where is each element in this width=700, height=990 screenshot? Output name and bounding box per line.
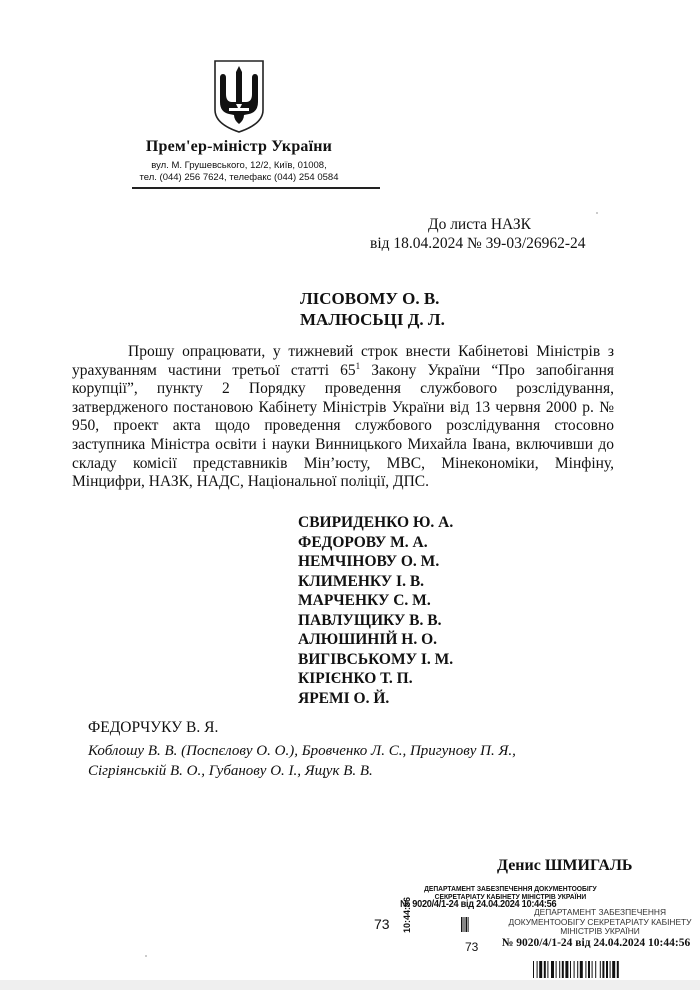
body-paragraph: Прошу опрацювати, у тижневий строк внест…	[72, 343, 614, 492]
recipient: СВИРИДЕНКО Ю. А.	[298, 513, 453, 533]
recipient: ФЕДОРОВУ М. А.	[298, 533, 453, 553]
vertical-timestamp: 10:44:56	[402, 897, 412, 933]
recipient: МАРЧЕНКУ С. М.	[298, 591, 453, 611]
stamp-line: МІНІСТРІВ УКРАЇНИ	[500, 927, 700, 937]
addressees: ЛІСОВОМУ О. В. МАЛЮСЬЦІ Д. Л.	[300, 288, 445, 330]
organization-name: Прем'ер-міністр України	[0, 138, 478, 156]
organization-address: вул. М. Грушевського, 12/2, Київ, 01008,…	[0, 160, 478, 184]
address-line: вул. М. Грушевського, 12/2, Київ, 01008,	[0, 160, 478, 172]
recipient: ВИГІВСЬКОМУ І. М.	[298, 650, 453, 670]
recipient: НЕМЧІНОВУ О. М.	[298, 552, 453, 572]
recipient: ПАВЛУЩИКУ В. В.	[298, 611, 453, 631]
cc-list-line: Сігріянській В. О., Губанову О. І., Ящук…	[88, 761, 528, 781]
registration-stamp-primary: ДЕПАРТАМЕНТ ЗАБЕЗПЕЧЕННЯ ДОКУМЕНТООБІГУ …	[400, 885, 621, 909]
recipient: АЛЮШИНІЙ Н. О.	[298, 630, 453, 650]
recipients-list: СВИРИДЕНКО Ю. А. ФЕДОРОВУ М. А. НЕМЧІНОВ…	[298, 513, 453, 708]
reference-block: До листа НАЗК від 18.04.2024 № 39-03/269…	[360, 215, 700, 253]
addressee: МАЛЮСЬЦІ Д. Л.	[300, 309, 445, 330]
header-divider	[132, 187, 380, 189]
page-count: 73	[374, 916, 390, 932]
body-text-part2: Закону України “Про запобігання корупції…	[72, 362, 614, 491]
barcode-icon	[533, 961, 665, 978]
reference-number: від 18.04.2024 № 39-03/26962-24	[360, 234, 700, 253]
cc-list-line: Коблошу В. В. (Поспєлову О. О.), Бровчен…	[88, 741, 528, 761]
phone-line: тел. (044) 256 7624, телефакс (044) 254 …	[0, 172, 478, 184]
page-count: 73	[465, 940, 478, 954]
mini-barcode-icon	[461, 917, 469, 932]
recipient: ЯРЕМІ О. Й.	[298, 689, 453, 709]
footer-band	[0, 980, 700, 990]
recipient: КЛИМЕНКУ І. В.	[298, 572, 453, 592]
cc-main-recipient: ФЕДОРЧУКУ В. Я.	[88, 718, 218, 737]
cc-list: Коблошу В. В. (Поспєлову О. О.), Бровчен…	[88, 741, 528, 781]
recipient: КІРІЄНКО Т. П.	[298, 669, 453, 689]
addressee: ЛІСОВОМУ О. В.	[300, 288, 445, 309]
reference-title: До листа НАЗК	[360, 215, 700, 234]
registration-stamp-secondary: ДЕПАРТАМЕНТ ЗАБЕЗПЕЧЕННЯ ДОКУМЕНТООБІГУ …	[500, 908, 700, 948]
scan-speck	[596, 212, 598, 214]
scan-speck	[145, 955, 147, 957]
stamp-number: № 9020/4/1-24 від 24.04.2024 10:44:56	[492, 939, 700, 949]
signature: Денис ШМИГАЛЬ	[497, 857, 632, 875]
coat-of-arms-icon	[212, 58, 266, 134]
